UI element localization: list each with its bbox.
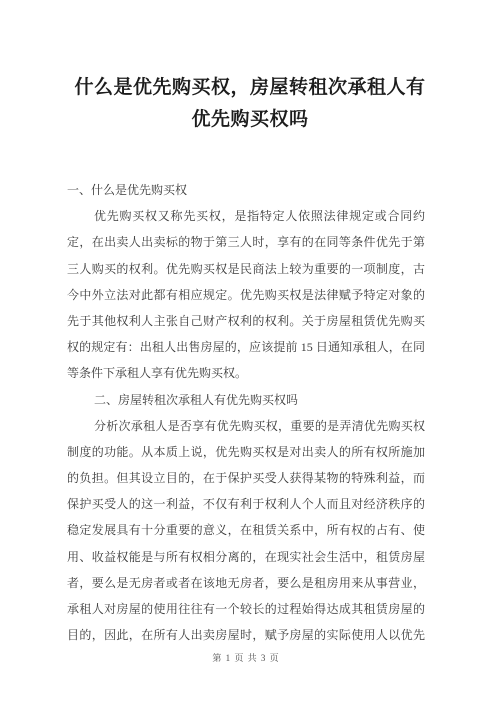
section-heading: 二、房屋转租次承租人有优先购买权吗 [67, 387, 425, 413]
body-line: 保护买受人的这一利益，不仅有利于权利人个人而且对经济秩序的 [67, 491, 425, 517]
document-title-line-1: 什么是优先购买权，房屋转租次承租人有 [40, 72, 460, 104]
page-number: 第 1 页 共 3 页 [67, 651, 425, 665]
body-line: 先于其他权利人主张自己财产权利的权利。关于房屋租赁优先购买 [67, 308, 425, 334]
body-line: 目的，因此，在所有人出卖房屋时，赋予房屋的实际使用人以优先 [67, 622, 425, 648]
body-line: 者，要么是无房者或者在该地无房者，要么是租房用来从事营业， [67, 570, 425, 596]
body-line: 承租人对房屋的使用往往有一个较长的过程始得达成其租赁房屋的 [67, 596, 425, 622]
body-line: 分析次承租人是否享有优先购买权，重要的是弄清优先购买权 [67, 413, 425, 439]
body-line: 定，在出卖人出卖标的物于第三人时，享有的在同等条件优先于第 [67, 229, 425, 255]
body-line: 权的规定有：出租人出售房屋的，应该提前 15 日通知承租人，在同 [67, 334, 425, 360]
body-line: 三人购买的权利。优先购买权是民商法上较为重要的一项制度，古 [67, 256, 425, 282]
document-page: 什么是优先购买权，房屋转租次承租人有 优先购买权吗 一、什么是优先购买权优先购买… [0, 0, 500, 707]
document-title-line-2: 优先购买权吗 [40, 104, 460, 136]
body-line: 稳定发展具有十分重要的意义，在租赁关系中，所有权的占有、使 [67, 517, 425, 543]
body-line: 用、收益权能是与所有权相分离的，在现实社会生活中，租赁房屋 [67, 544, 425, 570]
body-line: 优先购买权又称先买权，是指特定人依照法律规定或合同约 [67, 203, 425, 229]
section-heading: 一、什么是优先购买权 [67, 177, 425, 203]
body-line: 的负担。但其设立目的，在于保护买受人获得某物的特殊利益，而 [67, 465, 425, 491]
body-line: 制度的功能。从本质上说，优先购买权是对出卖人的所有权所施加 [67, 439, 425, 465]
body-lines: 一、什么是优先购买权优先购买权又称先买权，是指特定人依照法律规定或合同约定，在出… [67, 177, 425, 648]
document-title: 什么是优先购买权，房屋转租次承租人有 优先购买权吗 [40, 72, 460, 136]
body-line: 等条件下承租人享有优先购买权。 [67, 360, 425, 386]
body-line: 今中外立法对此都有相应规定。优先购买权是法律赋予特定对象的 [67, 282, 425, 308]
